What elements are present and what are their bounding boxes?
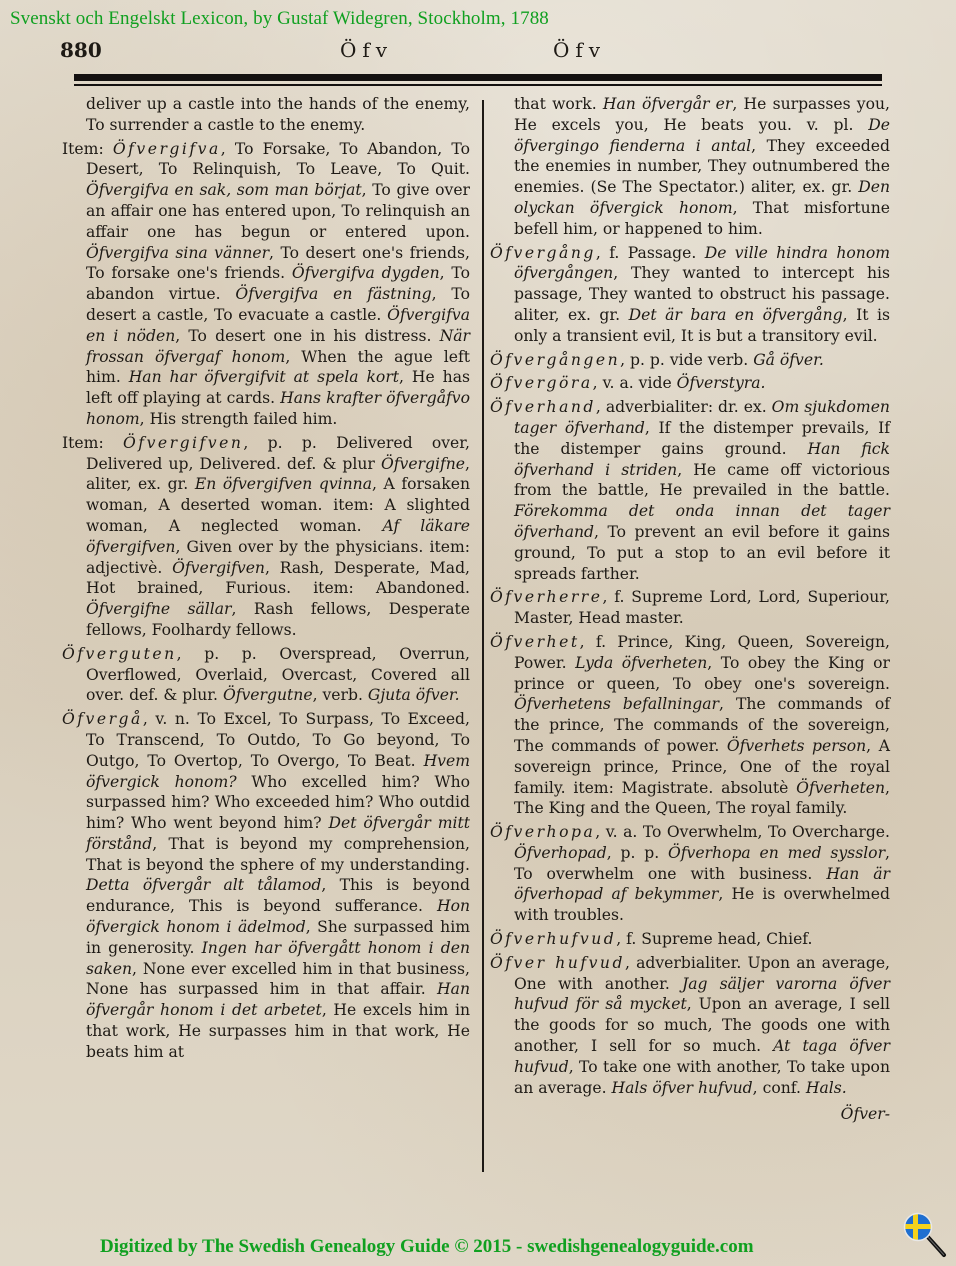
dictionary-entry: Öfvergå, v. n. To Excel, To Surpass, To … <box>62 709 470 1063</box>
header-rule-thick <box>74 74 882 81</box>
entry-definition: , adverbialiter: dr. ex. <box>596 398 772 416</box>
entry-headword: Öfvergång <box>490 244 596 262</box>
dictionary-entry: Öfvergången, p. p. vide verb. Gå öfver. <box>490 350 890 371</box>
continued-entry: deliver up a castle into the hands of th… <box>62 94 470 136</box>
dictionary-entry: Item: Öfvergifven, p. p. Delivered over,… <box>62 433 470 641</box>
dictionary-entry: Öfvergång, f. Passage. De ville hindra h… <box>490 243 890 347</box>
example-swedish: Öfvergifne sällar <box>86 600 232 618</box>
example-english: , None ever excelled him in that busines… <box>86 960 470 999</box>
example-swedish: Öfverstyra. <box>677 374 766 392</box>
example-swedish: Öfverheten <box>796 779 885 797</box>
example-english: , verb. <box>313 686 368 704</box>
example-swedish: Det är bara en öfvergång <box>629 306 843 324</box>
example-swedish: Öfvergutne <box>223 686 313 704</box>
example-swedish: Öfverhets person <box>727 737 866 755</box>
example-swedish: En öfvergifven qvinna <box>195 475 372 493</box>
entry-definition: , p. p. vide verb. <box>620 351 753 369</box>
entry-headword: Öfverherre <box>490 588 602 606</box>
example-swedish: Detta öfvergår alt tålamod <box>86 876 321 894</box>
example-swedish: Hals öfver hufvud <box>612 1079 753 1097</box>
entry-definition: that work. <box>514 95 603 113</box>
dictionary-entry: Öfver hufvud, adverbialiter. Upon an ave… <box>490 953 890 1099</box>
catchword: Öfver- <box>490 1104 890 1125</box>
example-swedish: Öfvergifne <box>381 455 465 473</box>
swedish-flag-magnifier-icon[interactable] <box>900 1209 950 1259</box>
example-english: , To desert one in his distress. <box>175 327 439 345</box>
example-swedish: Öfverhopa en med sysslor <box>668 844 885 862</box>
entry-headword: Öfver hufvud <box>490 954 625 972</box>
entry-headword: Öfverhufvud <box>490 930 616 948</box>
entry-headword: Öfvergifva <box>113 140 221 158</box>
example-english: , p. p. <box>607 844 668 862</box>
dictionary-entry: Öfverhopa, v. a. To Overwhelm, To Overch… <box>490 822 890 926</box>
continued-entry: that work. Han öfvergår er, He surpasses… <box>490 94 890 240</box>
example-swedish: Öfvergifven <box>172 559 265 577</box>
example-english: , conf. <box>753 1079 806 1097</box>
entry-definition: , v. n. To Excel, To Surpass, To Exceed,… <box>86 710 470 770</box>
dictionary-entry: Öfverguten, p. p. Overspread, Overrun, O… <box>62 644 470 706</box>
example-swedish: Öfverhetens befallningar <box>514 695 719 713</box>
entry-headword: Öfverguten <box>62 645 177 663</box>
entry-definition: , f. Supreme head, Chief. <box>616 930 812 948</box>
example-swedish: Lyda öfverheten <box>575 654 707 672</box>
dictionary-entry: Öfvergöra, v. a. vide Öfverstyra. <box>490 373 890 394</box>
left-column: deliver up a castle into the hands of th… <box>62 94 470 1063</box>
example-swedish: Gjuta öfver. <box>368 686 460 704</box>
column-divider <box>482 100 484 1172</box>
example-swedish: Han har öfvergifvit at spela kort <box>129 368 399 386</box>
entry-headword: Öfvergöra <box>490 374 593 392</box>
entry-definition: , v. a. To Overwhelm, To Overcharge. <box>595 823 890 841</box>
running-head: 880 Öfv Öfv <box>0 36 956 66</box>
entry-lead: Item: <box>62 434 104 452</box>
dictionary-entry: Item: Öfvergifva, To Forsake, To Abandon… <box>62 139 470 430</box>
entry-headword: Öfverhet <box>490 633 580 651</box>
entry-headword: Öfverhand <box>490 398 596 416</box>
example-swedish: Öfverhopad <box>514 844 607 862</box>
entry-headword: Öfvergå <box>62 710 143 728</box>
entry-definition: , f. Passage. <box>596 244 705 262</box>
dictionary-entry: Öfverherre, f. Supreme Lord, Lord, Super… <box>490 587 890 629</box>
example-swedish: Öfvergifva sina vänner <box>86 244 269 262</box>
example-swedish: Öfvergifva dygden <box>292 264 440 282</box>
dictionary-entry: Öfverhet, f. Prince, King, Queen, Sovere… <box>490 632 890 819</box>
entry-definition: deliver up a castle into the hands of th… <box>86 95 470 134</box>
example-swedish: Öfvergifva en sak, som man börjat <box>86 181 362 199</box>
running-headword-left: Öfv <box>340 38 393 62</box>
example-swedish: Gå öfver. <box>753 351 824 369</box>
example-swedish: Öfvergifva en fästning <box>235 285 431 303</box>
banner-title: Svenskt och Engelskt Lexicon, by Gustaf … <box>10 8 549 30</box>
dictionary-entry: Öfverhand, adverbialiter: dr. ex. Om sju… <box>490 397 890 584</box>
entry-lead: Item: <box>62 140 104 158</box>
footer-credit: Digitized by The Swedish Genealogy Guide… <box>100 1236 754 1258</box>
dictionary-entry: Öfverhufvud, f. Supreme head, Chief. <box>490 929 890 950</box>
example-swedish: Hals. <box>806 1079 847 1097</box>
page-number: 880 <box>60 38 102 62</box>
entry-headword: Öfvergifven <box>123 434 243 452</box>
entry-definition: , v. a. vide <box>593 374 677 392</box>
header-rule-thin <box>74 84 882 86</box>
entry-headword: Öfverhopa <box>490 823 595 841</box>
entry-headword: Öfvergången <box>490 351 620 369</box>
example-swedish: Han öfvergår er <box>603 95 732 113</box>
running-headword-right: Öfv <box>553 38 606 62</box>
example-english: , His strength failed him. <box>140 410 338 428</box>
right-column: that work. Han öfvergår er, He surpasses… <box>490 94 890 1125</box>
